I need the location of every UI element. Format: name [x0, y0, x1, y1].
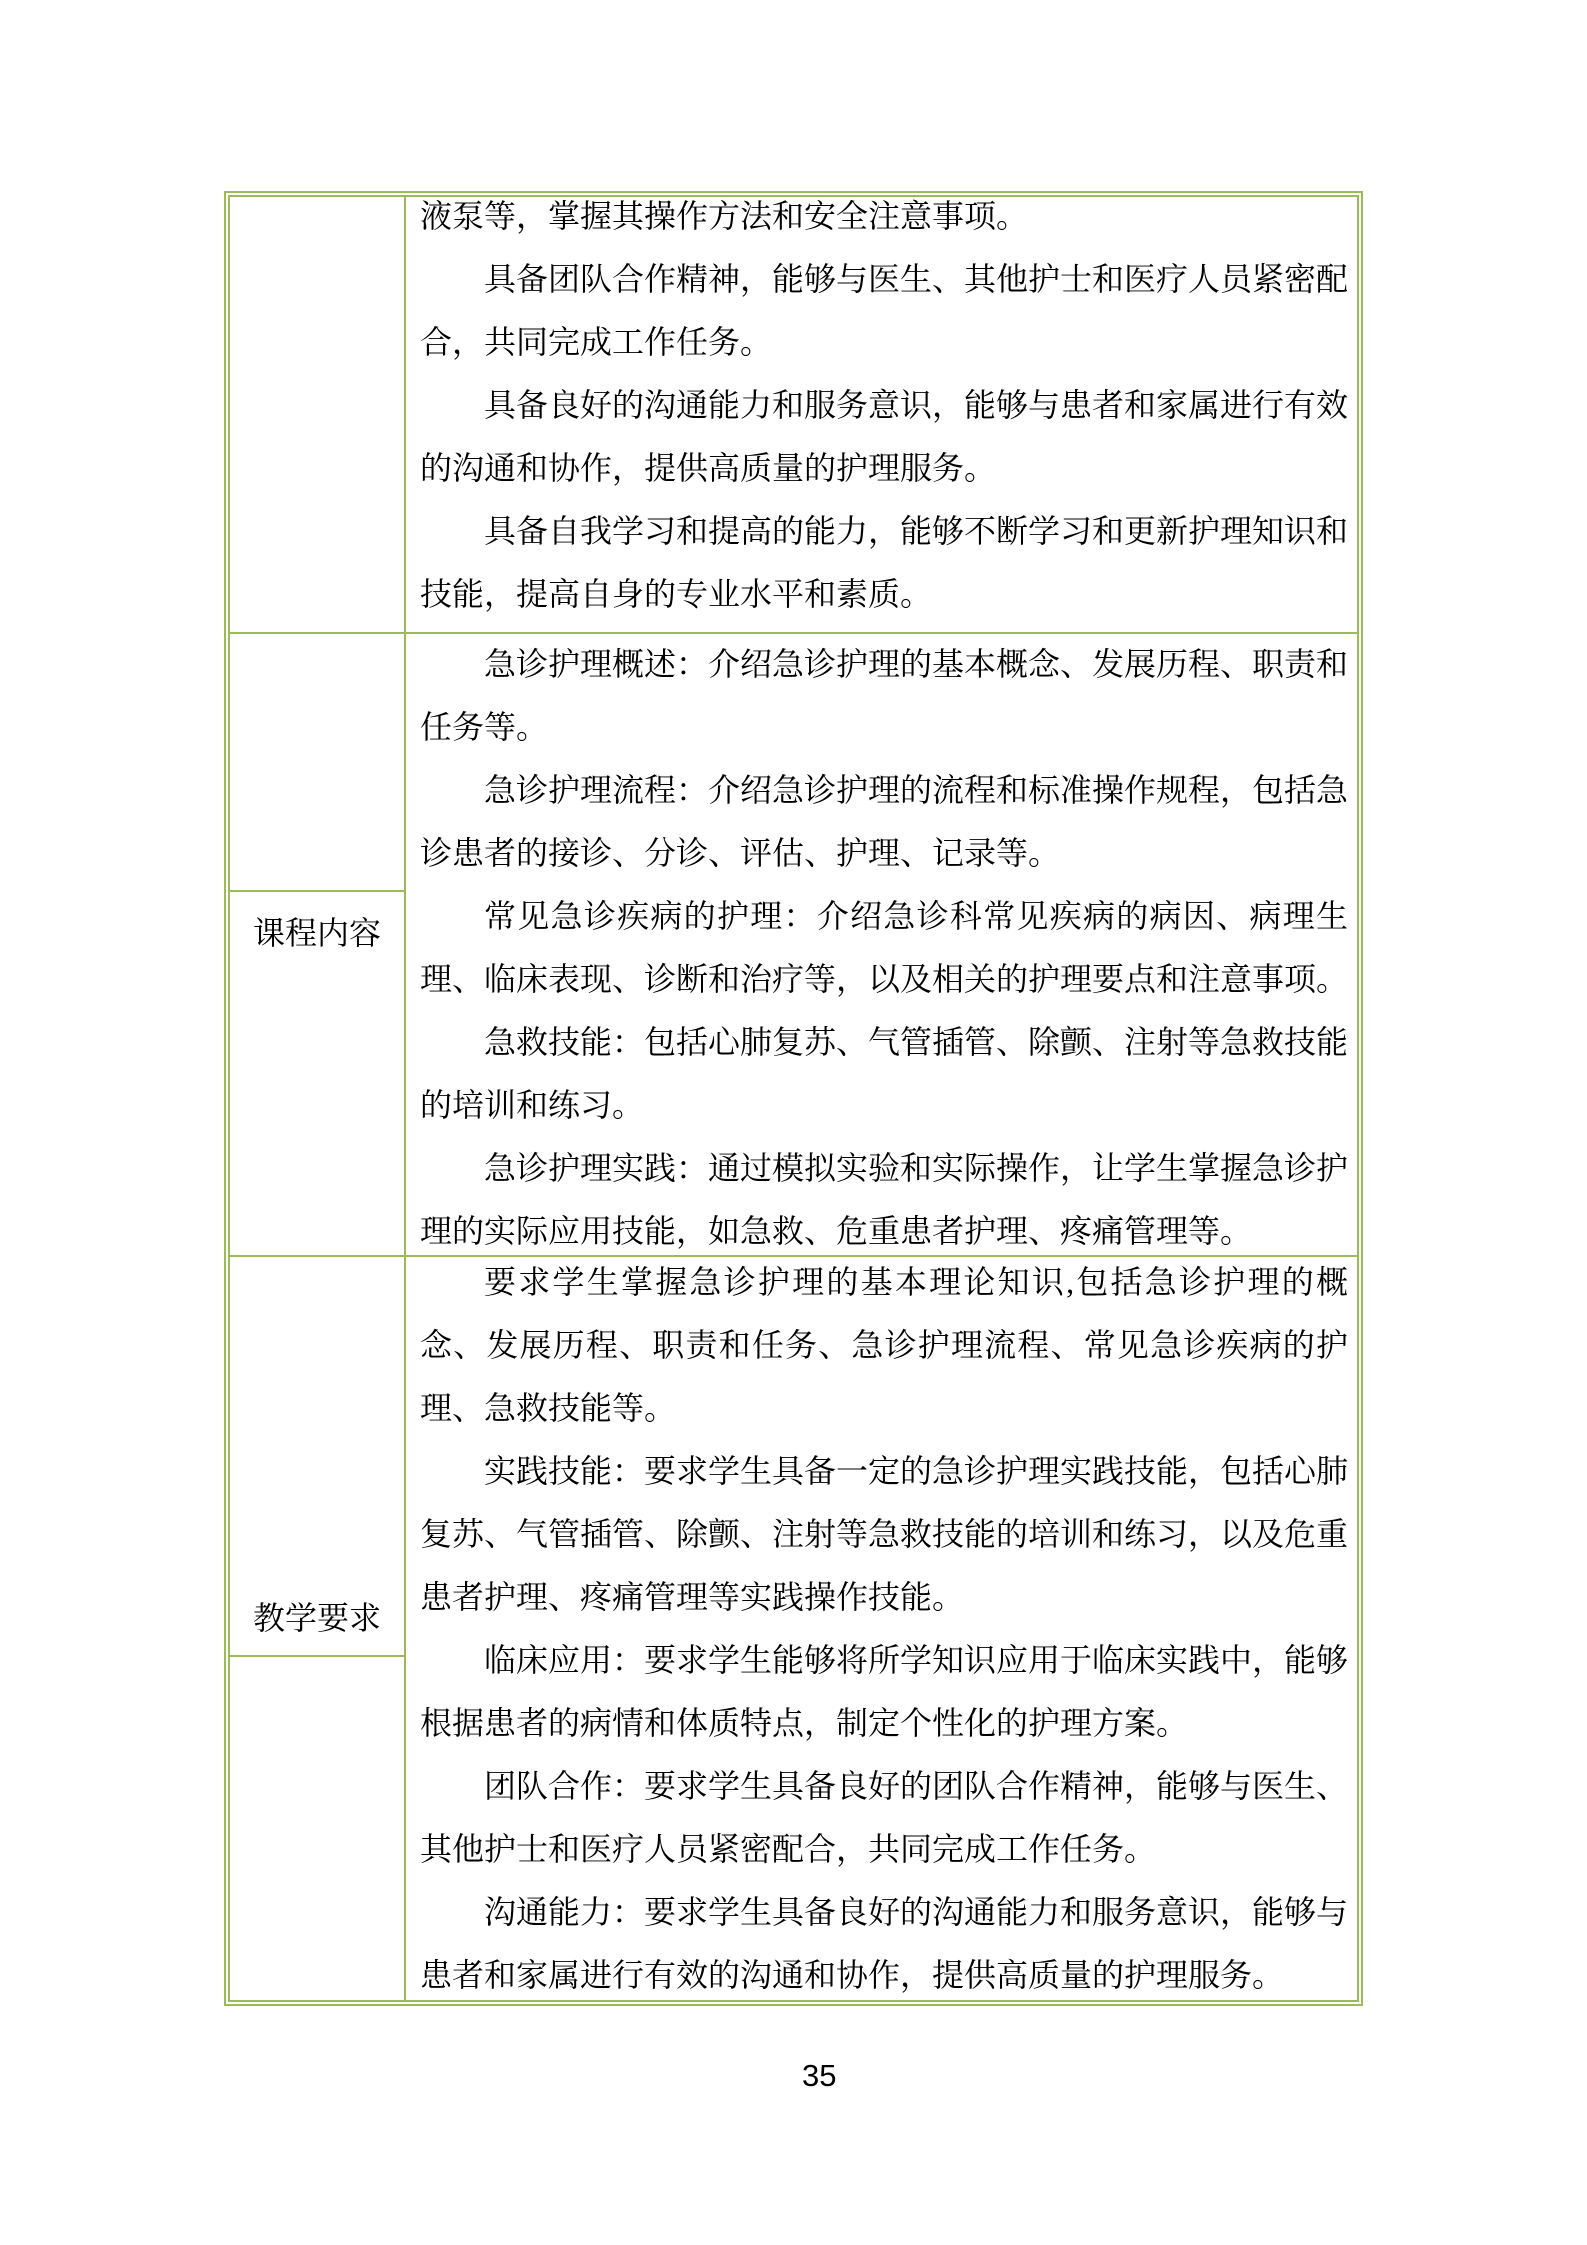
paragraph: 要求学生掌握急诊护理的基本理论知识,包括急诊护理的概念、发展历程、职责和任务、急…	[420, 1251, 1348, 1440]
row-label-course-content: 课程内容	[230, 902, 404, 965]
paragraph: 具备良好的沟通能力和服务意识，能够与患者和家属进行有效的沟通和协作，提供高质量的…	[420, 374, 1348, 500]
paragraph: 急诊护理实践：通过模拟实验和实际操作，让学生掌握急诊护理的实际应用技能，如急救、…	[420, 1137, 1348, 1263]
cell-competency-continued: 液泵等，掌握其操作方法和安全注意事项。 具备团队合作精神，能够与医生、其他护士和…	[420, 185, 1348, 626]
page-number: 35	[802, 2060, 836, 2092]
paragraph: 沟通能力：要求学生具备良好的沟通能力和服务意识，能够与患者和家属进行有效的沟通和…	[420, 1881, 1348, 2007]
row-label-teaching-requirements: 教学要求	[230, 1587, 404, 1650]
paragraph: 急救技能：包括心肺复苏、气管插管、除颤、注射等急救技能的培训和练习。	[420, 1011, 1348, 1137]
document-page: 课程内容 教学要求 液泵等，掌握其操作方法和安全注意事项。 具备团队合作精神，能…	[0, 0, 1587, 2245]
paragraph: 急诊护理流程：介绍急诊护理的流程和标准操作规程，包括急诊患者的接诊、分诊、评估、…	[420, 759, 1348, 885]
paragraph: 具备自我学习和提高的能力，能够不断学习和更新护理知识和技能，提高自身的专业水平和…	[420, 500, 1348, 626]
paragraph: 具备团队合作精神，能够与医生、其他护士和医疗人员紧密配合，共同完成工作任务。	[420, 248, 1348, 374]
paragraph: 团队合作：要求学生具备良好的团队合作精神，能够与医生、其他护士和医疗人员紧密配合…	[420, 1755, 1348, 1881]
label-cell-divider-2	[230, 1655, 404, 1657]
label-cell-divider-1	[230, 890, 404, 892]
paragraph: 液泵等，掌握其操作方法和安全注意事项。	[420, 185, 1348, 248]
paragraph: 常见急诊疾病的护理：介绍急诊科常见疾病的病因、病理生理、临床表现、诊断和治疗等，…	[420, 885, 1348, 1011]
cell-teaching-requirements: 要求学生掌握急诊护理的基本理论知识,包括急诊护理的概念、发展历程、职责和任务、急…	[420, 1251, 1348, 2007]
column-divider	[404, 197, 406, 2000]
cell-course-content: 急诊护理概述：介绍急诊护理的基本概念、发展历程、职责和任务等。 急诊护理流程：介…	[420, 633, 1348, 1263]
paragraph: 急诊护理概述：介绍急诊护理的基本概念、发展历程、职责和任务等。	[420, 633, 1348, 759]
paragraph: 实践技能：要求学生具备一定的急诊护理实践技能，包括心肺复苏、气管插管、除颤、注射…	[420, 1440, 1348, 1629]
course-table: 课程内容 教学要求 液泵等，掌握其操作方法和安全注意事项。 具备团队合作精神，能…	[224, 191, 1363, 2006]
paragraph: 临床应用：要求学生能够将所学知识应用于临床实践中，能够根据患者的病情和体质特点，…	[420, 1629, 1348, 1755]
